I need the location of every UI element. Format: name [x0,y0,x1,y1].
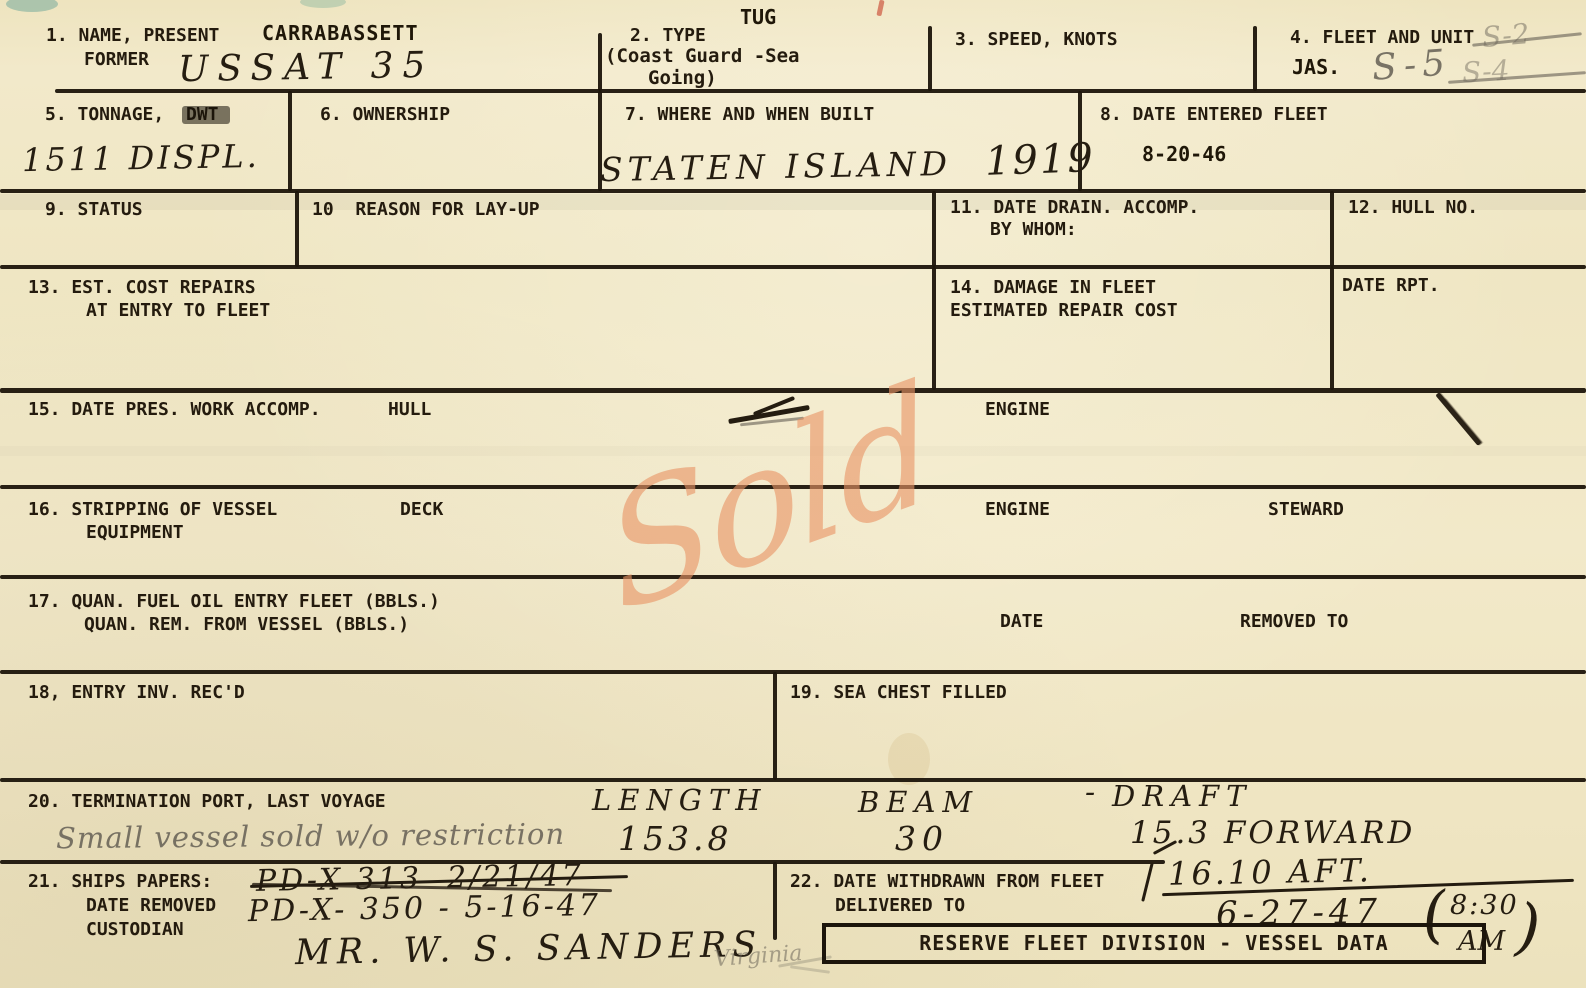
vline-r2-a [288,91,292,191]
custodian-name-handwritten: MR. W. S. SANDERS [295,928,763,971]
footer-title: RESERVE FLEET DIVISION - VESSEL DATA [919,932,1388,955]
vline-r18 [773,672,777,780]
vline-r1-c [1253,26,1257,91]
field-5-label: 5. TONNAGE, [45,105,164,126]
vline-r4-b [1330,267,1334,390]
field-4-pencil-faint-bottom: S-4 [1461,57,1510,87]
field-11-label: 11. DATE DRAIN. ACCOMP. [950,198,1199,219]
field-7-year-handwritten: 1919 [984,138,1095,182]
hline-row2-bottom [0,189,1586,193]
field-17-label: 17. QUAN. FUEL OIL ENTRY FLEET (BBLS.) [28,592,440,613]
field-6-label: 6. OWNERSHIP [320,105,450,126]
field-12-label: 12. HULL NO. [1348,198,1478,219]
draft-aft-handwritten: 16.10 AFT. [1168,854,1372,890]
field-1-former-name-handwritten: USSAT 35 [178,48,435,88]
field-9-label: 9. STATUS [45,200,143,221]
field-15-label: 15. DATE PRES. WORK ACCOMP. [28,400,321,421]
field-8-typed-date: 8-20-46 [1142,143,1226,166]
field-3-label: 3. SPEED, KNOTS [955,30,1118,51]
sold-stamp-handwriting: Sold [594,350,945,650]
vline-r4-a [932,267,936,390]
vline-r3-c [1330,191,1334,267]
field-17-date-label: DATE [1000,612,1043,633]
vline-r1-a [598,33,602,91]
field-13-label: 13. EST. COST REPAIRS [28,278,256,299]
hline-row18-bottom [0,778,1586,782]
ink-blot-over-dwt [182,106,230,124]
ships-papers-entry: PD-X- 350 - 5-16-47 [248,891,601,927]
beam-label-handwritten: BEAM [858,788,979,817]
field-11-by-whom-label: BY WHOM: [990,220,1077,241]
field-20-label: 20. TERMINATION PORT, LAST VOYAGE [28,792,386,813]
footer-title-box: RESERVE FLEET DIVISION - VESSEL DATA [822,923,1486,964]
field-18-label: 18, ENTRY INV. REC'D [28,683,245,704]
staple [1435,392,1481,446]
field-4-pencil-unit: S-5 [1371,45,1452,86]
field-2-typed-type: TUG [740,6,776,29]
staple-shadow [1444,398,1483,444]
field-14-label: 14. DAMAGE IN FLEET [950,278,1156,299]
length-value-handwritten: 153.8 [618,822,732,855]
field-21-date-removed-label: DATE REMOVED [86,896,216,917]
hline-row17-bottom [0,670,1586,674]
field-1-label: 1. NAME, PRESENT [46,26,219,47]
vline-r21 [773,862,777,940]
field-16-label: 16. STRIPPING OF VESSEL [28,500,277,521]
vessel-data-card: 1. NAME, PRESENT CARRABASSETT FORMER USS… [0,0,1586,988]
length-label-handwritten: LENGTH [592,786,768,815]
field-15-engine-label: ENGINE [985,400,1050,421]
field-16-label2: EQUIPMENT [86,523,184,544]
field-7-label: 7. WHERE AND WHEN BUILT [625,105,874,126]
teal-smudge [6,0,58,12]
field-22-label: 22. DATE WITHDRAWN FROM FLEET [790,872,1104,893]
field-14-label2: ESTIMATED REPAIR COST [950,301,1178,322]
field-2-paren-line1: (Coast Guard -Sea [605,46,799,68]
draft-dash-handwritten: - [1085,778,1095,808]
field-13-label2: AT ENTRY TO FLEET [86,301,270,322]
vline-r3-a [295,191,299,267]
field-17-label2: QUAN. REM. FROM VESSEL (BBLS.) [84,615,409,636]
red-tick [876,0,884,16]
field-22-delivered-label: DELIVERED TO [835,896,965,917]
field-2-label: 2. TYPE [630,26,706,47]
vline-r3-b [932,191,936,267]
draft-label-handwritten: DRAFT [1112,782,1253,811]
field-21-label: 21. SHIPS PAPERS: [28,872,212,893]
vline-r1-b [928,26,932,91]
field-1-typed-name: CARRABASSETT [262,22,419,45]
field-10-label: 10 REASON FOR LAY-UP [312,200,540,221]
field-14-date-rpt-label: DATE RPT. [1342,276,1440,297]
beam-value-handwritten: 30 [895,822,949,855]
field-19-label: 19. SEA CHEST FILLED [790,683,1007,704]
field-20-pencil-note: Small vessel sold w/o restriction [56,820,565,853]
field-15-hull-label: HULL [388,400,431,421]
teal-smudge-2 [300,0,346,8]
pencil-squiggle-2 [790,965,830,974]
field-16-engine-label: ENGINE [985,500,1050,521]
hline-row3-bottom [0,265,1586,269]
field-4-pencil-faint-top: S-2 [1481,20,1531,52]
field-8-label: 8. DATE ENTERED FLEET [1100,105,1328,126]
time-paren-close: ) [1514,895,1541,958]
field-7-place-handwritten: STATEN ISLAND [600,147,953,186]
field-16-steward-label: STEWARD [1268,500,1344,521]
draft-aft-brace [1141,862,1154,902]
field-17-removed-to-label: REMOVED TO [1240,612,1348,633]
field-4-typed-fleet: JAS. [1292,56,1340,79]
hline-row1-bottom [55,89,1586,93]
field-1-former-label: FORMER [84,50,149,71]
field-16-deck-label: DECK [400,500,443,521]
field-21-custodian-label: CUSTODIAN [86,920,184,941]
field-2-paren-line2: Going) [648,68,717,90]
withdrawn-time-handwritten: 8:30 [1450,892,1519,919]
field-5-tonnage-handwritten: 1511 DISPL. [22,140,260,176]
